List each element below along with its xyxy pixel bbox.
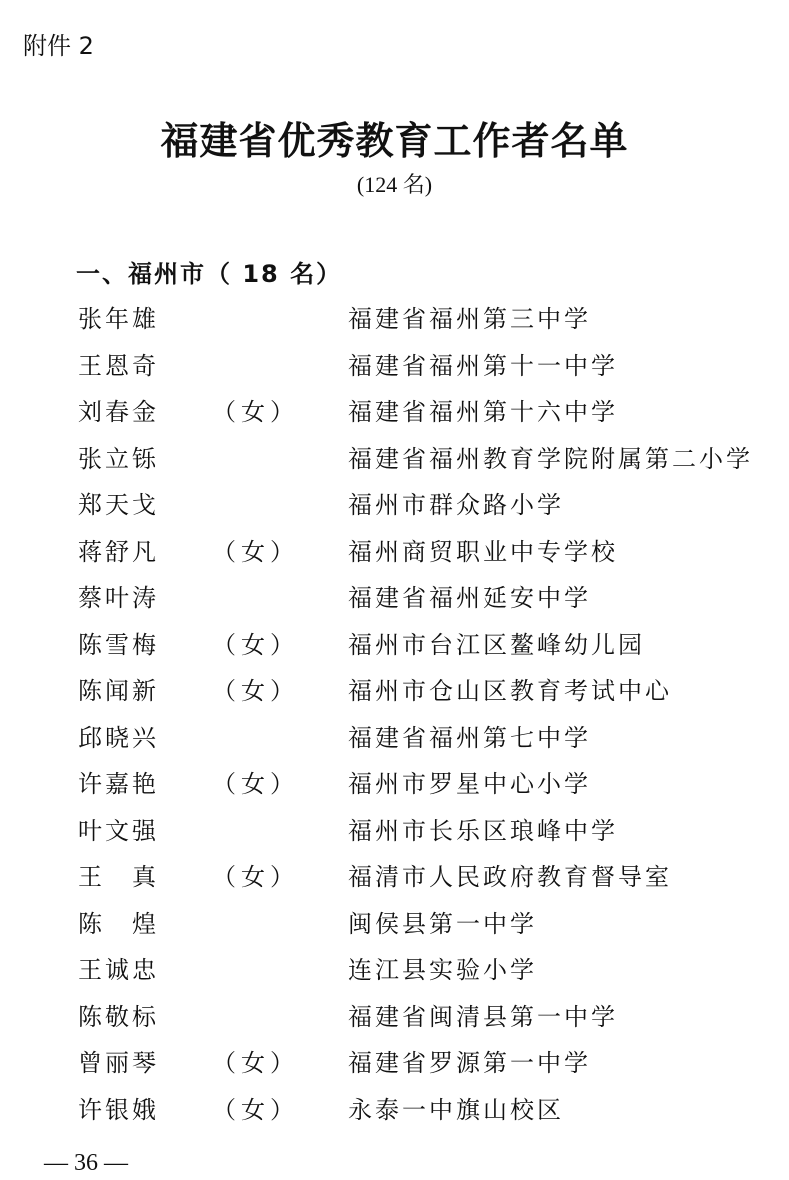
document-title: 福建省优秀教育工作者名单 xyxy=(0,110,789,165)
person-name: 陈雪梅 xyxy=(78,625,159,660)
person-name: 王诚忠 xyxy=(78,950,159,985)
honoree-list: 张年雄福建省福州第三中学 王恩奇福建省福州第十一中学 刘春金（女）福建省福州第十… xyxy=(0,299,789,1136)
work-unit: 福建省福州第三中学 xyxy=(348,299,591,334)
work-unit: 连江县实验小学 xyxy=(348,950,537,985)
work-unit: 闽侯县第一中学 xyxy=(348,904,537,939)
person-name: 邱晓兴 xyxy=(78,718,159,753)
list-item: 王 真（女）福清市人民政府教育督导室 xyxy=(0,857,789,904)
page-number: — 36 — xyxy=(44,1150,128,1177)
list-item: 叶文强福州市长乐区琅峰中学 xyxy=(0,811,789,858)
gender-note: （女） xyxy=(212,532,299,567)
work-unit: 福州市长乐区琅峰中学 xyxy=(348,811,618,846)
work-unit: 福州市仓山区教育考试中心 xyxy=(348,671,672,706)
list-item: 邱晓兴福建省福州第七中学 xyxy=(0,718,789,765)
work-unit: 福建省福州第十六中学 xyxy=(348,392,618,427)
person-name: 陈 煌 xyxy=(78,904,159,939)
attachment-label: 附件 2 xyxy=(23,26,94,61)
work-unit: 福州市群众路小学 xyxy=(348,485,564,520)
list-item: 郑天戈福州市群众路小学 xyxy=(0,485,789,532)
list-item: 刘春金（女）福建省福州第十六中学 xyxy=(0,392,789,439)
work-unit: 永泰一中旗山校区 xyxy=(348,1090,564,1125)
person-name: 蔡叶涛 xyxy=(78,578,159,613)
work-unit: 福建省福州延安中学 xyxy=(348,578,591,613)
list-item: 许嘉艳（女）福州市罗星中心小学 xyxy=(0,764,789,811)
person-name: 蒋舒凡 xyxy=(78,532,159,567)
work-unit: 福州市罗星中心小学 xyxy=(348,764,591,799)
person-name: 刘春金 xyxy=(78,392,159,427)
gender-note: （女） xyxy=(212,625,299,660)
gender-note: （女） xyxy=(212,857,299,892)
person-name: 王 真 xyxy=(78,857,159,892)
work-unit: 福建省福州第十一中学 xyxy=(348,346,618,381)
person-name: 郑天戈 xyxy=(78,485,159,520)
work-unit: 福建省罗源第一中学 xyxy=(348,1043,591,1078)
person-name: 曾丽琴 xyxy=(78,1043,159,1078)
person-name: 许嘉艳 xyxy=(78,764,159,799)
work-unit: 福清市人民政府教育督导室 xyxy=(348,857,672,892)
person-name: 陈闻新 xyxy=(78,671,159,706)
gender-note: （女） xyxy=(212,392,299,427)
list-item: 蔡叶涛福建省福州延安中学 xyxy=(0,578,789,625)
work-unit: 福建省闽清县第一中学 xyxy=(348,997,618,1032)
gender-note: （女） xyxy=(212,1043,299,1078)
list-item: 曾丽琴（女）福建省罗源第一中学 xyxy=(0,1043,789,1090)
list-item: 王恩奇福建省福州第十一中学 xyxy=(0,346,789,393)
person-name: 张立铄 xyxy=(78,439,159,474)
list-item: 陈雪梅（女）福州市台江区鳌峰幼儿园 xyxy=(0,625,789,672)
list-item: 蒋舒凡（女）福州商贸职业中专学校 xyxy=(0,532,789,579)
section-heading: 一、福州市（ 18 名） xyxy=(76,254,342,289)
list-item: 陈 煌闽侯县第一中学 xyxy=(0,904,789,951)
person-name: 陈敬标 xyxy=(78,997,159,1032)
list-item: 张立铄福建省福州教育学院附属第二小学 xyxy=(0,439,789,486)
work-unit: 福州商贸职业中专学校 xyxy=(348,532,618,567)
gender-note: （女） xyxy=(212,1090,299,1125)
gender-note: （女） xyxy=(212,764,299,799)
person-name: 王恩奇 xyxy=(78,346,159,381)
gender-note: （女） xyxy=(212,671,299,706)
list-item: 张年雄福建省福州第三中学 xyxy=(0,299,789,346)
list-item: 王诚忠连江县实验小学 xyxy=(0,950,789,997)
person-name: 张年雄 xyxy=(78,299,159,334)
list-item: 陈敬标福建省闽清县第一中学 xyxy=(0,997,789,1044)
work-unit: 福州市台江区鳌峰幼儿园 xyxy=(348,625,645,660)
list-item: 陈闻新（女）福州市仓山区教育考试中心 xyxy=(0,671,789,718)
document-subtitle: (124 名) xyxy=(0,168,789,199)
work-unit: 福建省福州第七中学 xyxy=(348,718,591,753)
list-item: 许银娥（女）永泰一中旗山校区 xyxy=(0,1090,789,1137)
work-unit: 福建省福州教育学院附属第二小学 xyxy=(348,439,753,474)
person-name: 许银娥 xyxy=(78,1090,159,1125)
person-name: 叶文强 xyxy=(78,811,159,846)
